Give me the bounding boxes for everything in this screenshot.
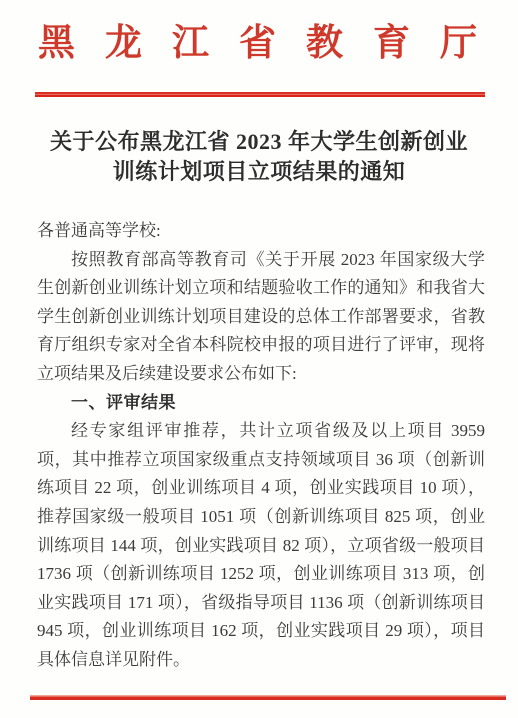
footer-divider-rule xyxy=(30,695,506,700)
results-paragraph: 经专家组评审推荐，共计立项省级及以上项目 3959 项，其中推荐立项国家级重点支… xyxy=(37,417,485,674)
document-page: 黑龙江省教育厅 关于公布黑龙江省 2023 年大学生创新创业 训练计划项目立项结… xyxy=(0,0,518,718)
document-title: 关于公布黑龙江省 2023 年大学生创新创业 训练计划项目立项结果的通知 xyxy=(0,127,518,187)
document-title-line1: 关于公布黑龙江省 2023 年大学生创新创业 xyxy=(50,129,468,154)
document-body: 各普通高等学校: 按照教育部高等教育司《关于开展 2023 年国家级大学生创新创… xyxy=(37,217,485,675)
document-title-line2: 训练计划项目立项结果的通知 xyxy=(113,159,406,184)
letterhead-title: 黑龙江省教育厅 xyxy=(38,22,518,66)
salutation: 各普通高等学校: xyxy=(37,217,485,246)
letterhead-divider-rule xyxy=(35,92,485,97)
section-heading-review-results: 一、评审结果 xyxy=(37,389,485,418)
intro-paragraph: 按照教育部高等教育司《关于开展 2023 年国家级大学生创新创业训练计划立项和结… xyxy=(37,246,485,389)
